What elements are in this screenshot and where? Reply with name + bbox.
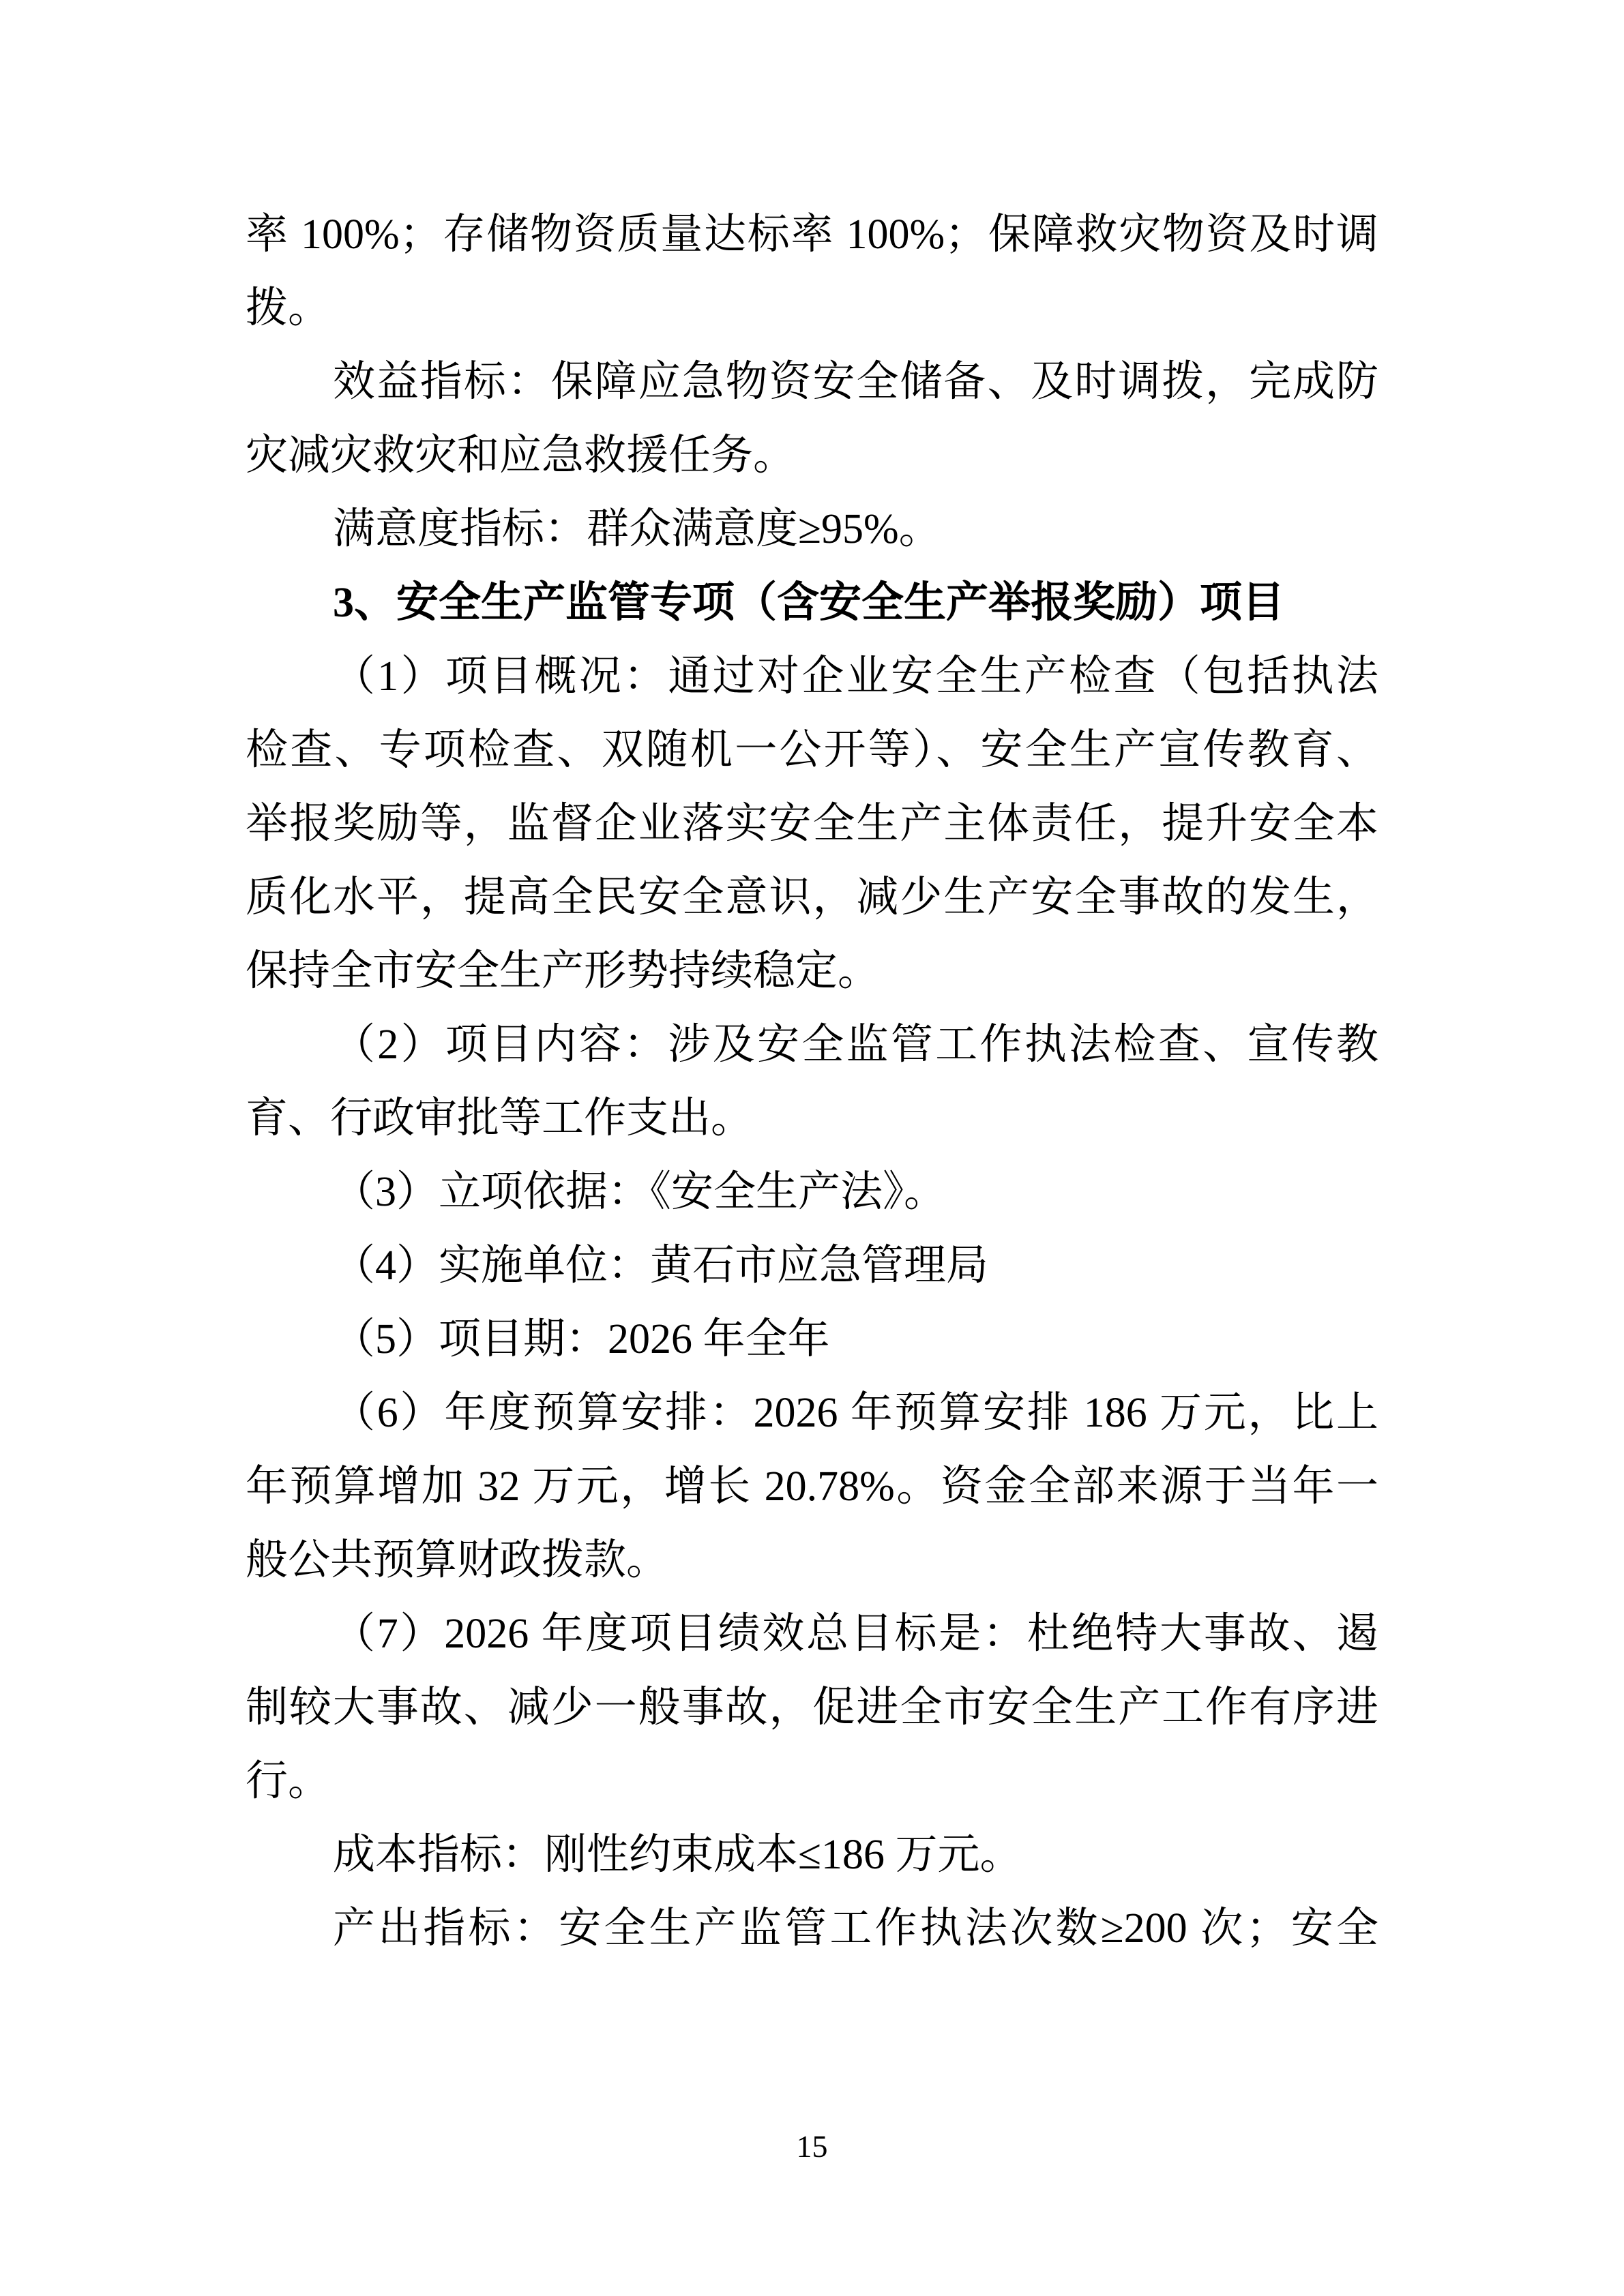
text-line: 检查、专项检查、双随机一公开等）、安全生产宣传教育、 <box>246 713 1378 787</box>
text-line: 满意度指标：群众满意度≥95%。 <box>246 492 1378 566</box>
text-line: 行。 <box>246 1744 1378 1818</box>
text-line: 率 100%；存储物资质量达标率 100%；保障救灾物资及时调 <box>246 198 1378 271</box>
text-line: （1）项目概况：通过对企业安全生产检查（包括执法 <box>246 640 1378 713</box>
text-line: （2）项目内容：涉及安全监管工作执法检查、宣传教 <box>246 1008 1378 1082</box>
text-line: 拨。 <box>246 271 1378 345</box>
text-line: 成本指标：刚性约束成本≤186 万元。 <box>246 1818 1378 1892</box>
page-number: 15 <box>0 2126 1624 2167</box>
text-line: （4）实施单位：黄石市应急管理局 <box>246 1229 1378 1302</box>
text-line: 产出指标：安全生产监管工作执法次数≥200 次；安全 <box>246 1892 1378 1965</box>
document-page: 率 100%；存储物资质量达标率 100%；保障救灾物资及时调拨。效益指标：保障… <box>0 0 1624 2296</box>
text-line: 制较大事故、减少一般事故，促进全市安全生产工作有序进 <box>246 1671 1378 1744</box>
text-line: （7）2026 年度项目绩效总目标是：杜绝特大事故、遏 <box>246 1597 1378 1671</box>
text-line: 保持全市安全生产形势持续稳定。 <box>246 934 1378 1008</box>
text-line: 效益指标：保障应急物资安全储备、及时调拨，完成防 <box>246 345 1378 419</box>
section-heading-line: 3、安全生产监管专项（含安全生产举报奖励）项目 <box>246 566 1378 640</box>
text-line: 质化水平，提高全民安全意识，减少生产安全事故的发生， <box>246 861 1378 934</box>
text-line: 灾减灾救灾和应急救援任务。 <box>246 419 1378 492</box>
text-line: 年预算增加 32 万元，增长 20.78%。资金全部来源于当年一 <box>246 1450 1378 1523</box>
text-line: （3）立项依据：《安全生产法》。 <box>246 1155 1378 1229</box>
text-line: （6）年度预算安排：2026 年预算安排 186 万元，比上 <box>246 1376 1378 1450</box>
text-line: 举报奖励等，监督企业落实安全生产主体责任，提升安全本 <box>246 787 1378 861</box>
document-body: 率 100%；存储物资质量达标率 100%；保障救灾物资及时调拨。效益指标：保障… <box>246 198 1378 1965</box>
text-line: 育、行政审批等工作支出。 <box>246 1082 1378 1155</box>
text-line: （5）项目期：2026 年全年 <box>246 1302 1378 1376</box>
text-line: 般公共预算财政拨款。 <box>246 1523 1378 1597</box>
